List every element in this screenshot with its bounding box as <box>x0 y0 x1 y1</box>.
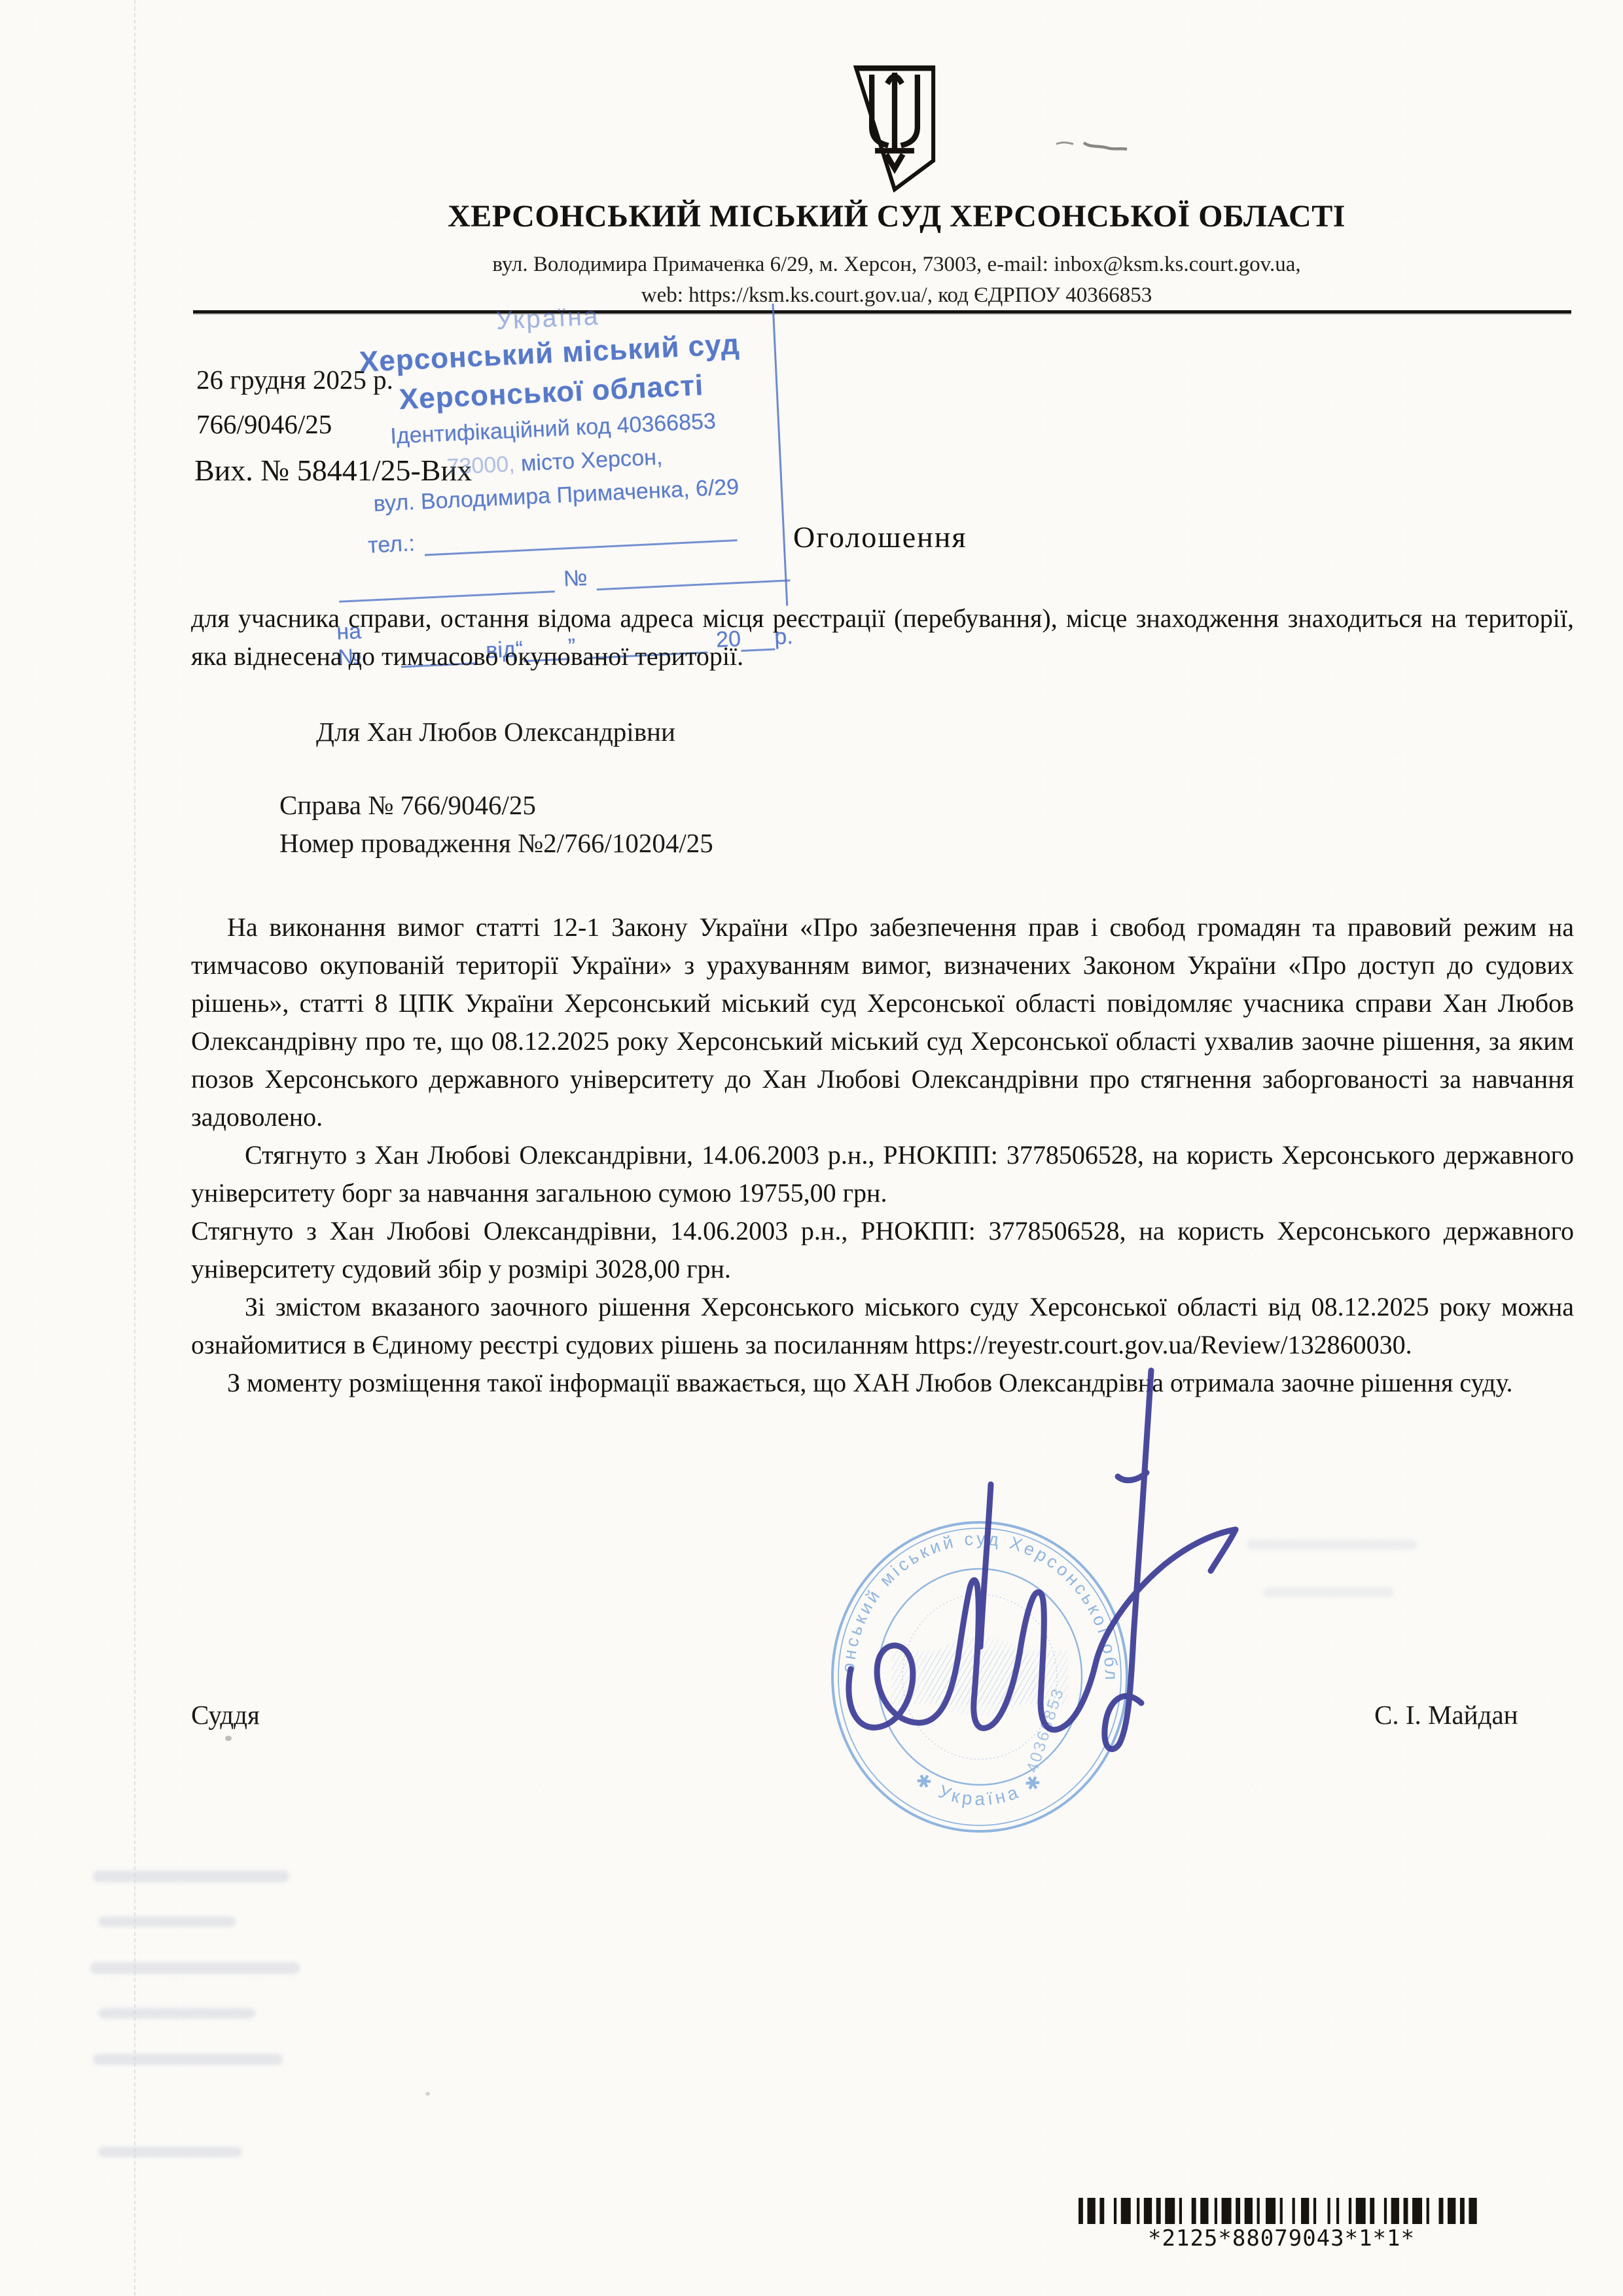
court-name-heading: ХЕРСОНСЬКИЙ МІСЬКИЙ СУД ХЕРСОНСЬКОЇ ОБЛА… <box>262 198 1531 234</box>
stamp-tel-blank-line <box>423 517 737 556</box>
court-address-line: вул. Володимира Примаченка 6/29, м. Херс… <box>262 253 1531 277</box>
bleed-through-artifact <box>98 2008 255 2018</box>
stamp-tel-row: тел.: <box>328 514 788 561</box>
stamp-tel-label: тел.: <box>367 531 415 559</box>
barcode-text: *2125*88079043*1*1* <box>1079 2225 1484 2251</box>
stamp-number-blank-left <box>338 569 555 603</box>
addressee-line: Для Хан Любов Олександрівни <box>316 716 675 747</box>
scanned-court-document: { "header": { "emblem": "ukraine-trident… <box>0 0 1623 2296</box>
case-number-short: 766/9046/25 <box>196 408 332 440</box>
page-title: Оголошення <box>793 520 967 554</box>
stamp-city: місто Херсон, <box>514 444 663 476</box>
body-paragraph-3: Стягнуто з Хан Любові Олександрівни, 14.… <box>191 1212 1574 1288</box>
bleed-through-artifact <box>1263 1587 1394 1597</box>
ukraine-trident-emblem <box>849 65 940 192</box>
stamp-number-blank-right <box>596 558 791 591</box>
proceeding-number-line: Номер провадження №2/766/10204/25 <box>279 827 713 859</box>
barcode <box>1079 2198 1483 2227</box>
body-paragraph-4: Зі змістом вказаного заочного рішення Хе… <box>191 1288 1574 1364</box>
body-paragraph-2: Стягнуто з Хан Любові Олександрівни, 14.… <box>191 1136 1574 1212</box>
document-body: На виконання вимог статті 12-1 Закону Ук… <box>191 908 1574 1402</box>
bleed-through-artifact <box>93 1871 289 1882</box>
judge-role-label: Суддя <box>191 1699 260 1731</box>
body-paragraph-1: На виконання вимог статті 12-1 Закону Ук… <box>191 908 1574 1136</box>
scan-fold-line <box>134 0 135 2296</box>
stamp-number-label: № <box>563 565 588 592</box>
bleed-through-artifact <box>98 1916 236 1927</box>
bleed-through-artifact <box>90 1962 300 1974</box>
stamp-zip: 73000, <box>446 452 516 480</box>
judge-signature-ink <box>811 1361 1243 1784</box>
ink-smear-artifact <box>1054 136 1132 153</box>
dust-speck <box>425 2092 430 2096</box>
bleed-through-artifact <box>1247 1539 1417 1550</box>
judge-name: С. І. Майдан <box>1374 1699 1518 1731</box>
stamp-number-row: № <box>330 556 790 603</box>
bleed-through-artifact <box>98 2147 242 2157</box>
bleed-through-artifact <box>93 2054 283 2065</box>
dust-speck <box>225 1736 232 1741</box>
dust-speck <box>737 259 742 263</box>
intro-paragraph: для учасника справи, остання відома адре… <box>191 600 1574 675</box>
case-number-line: Справа № 766/9046/25 <box>279 789 536 821</box>
court-web-line: web: https://ksm.ks.court.gov.ua/, код Є… <box>262 283 1531 308</box>
